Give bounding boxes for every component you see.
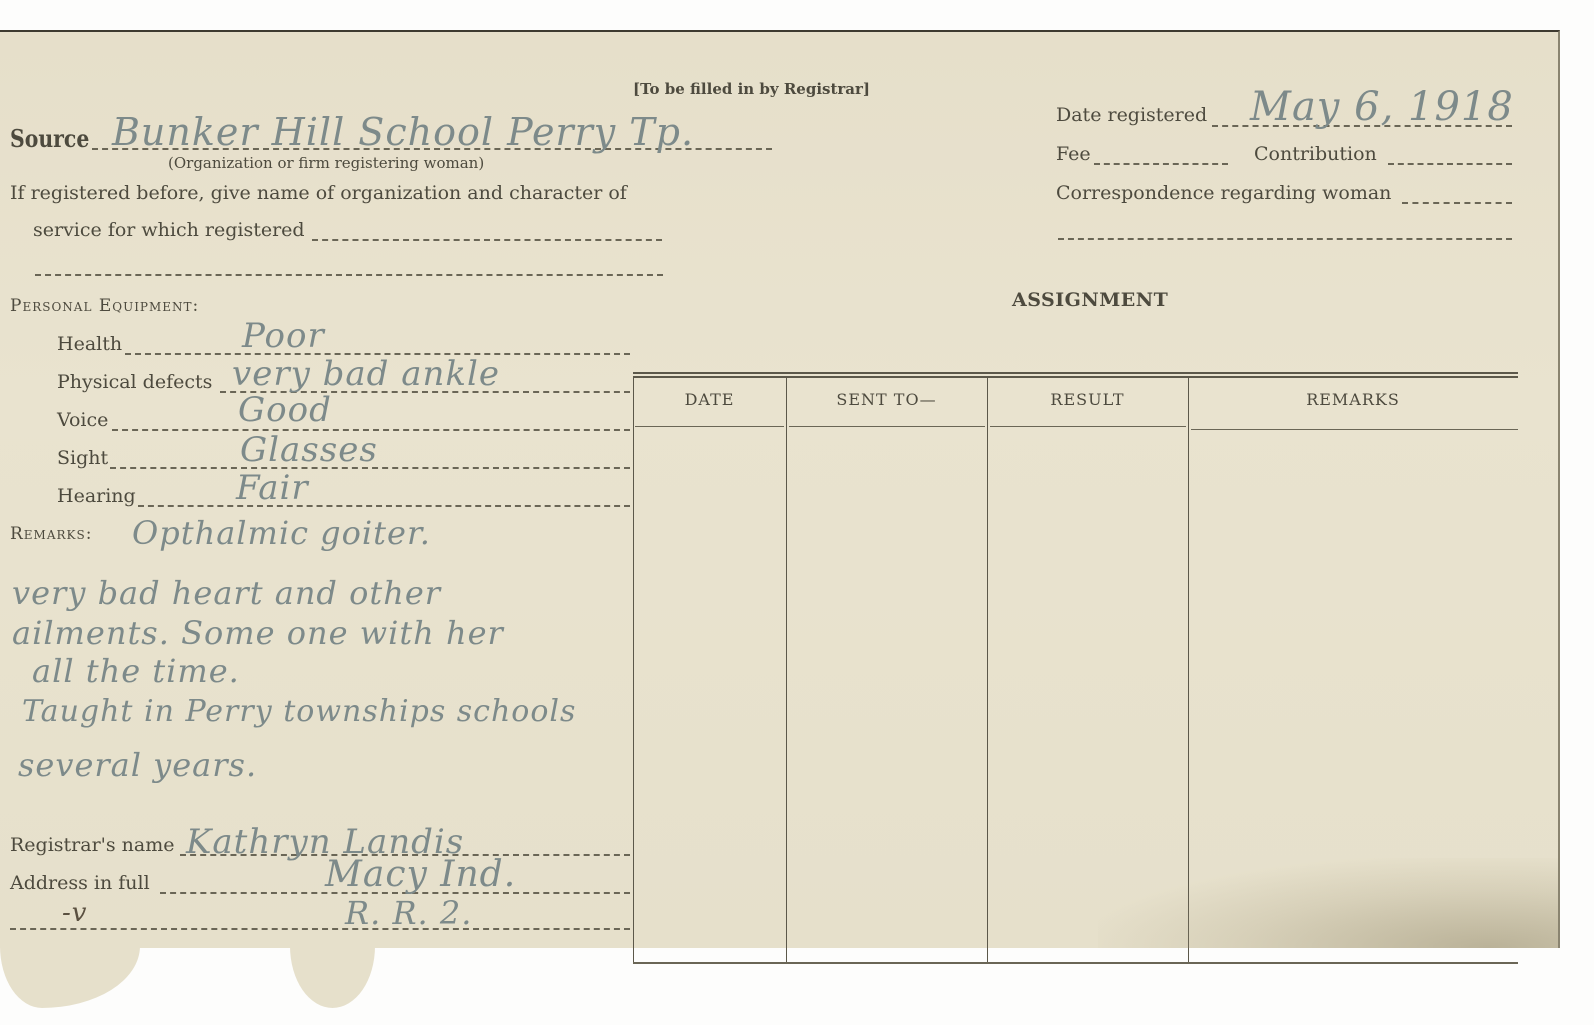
assignment-table: DATE SENT TO— RESULT REMARKS — [633, 372, 1518, 964]
col-header-date: DATE — [633, 390, 786, 409]
registered-before-field[interactable] — [312, 239, 662, 241]
col-divider — [633, 378, 634, 964]
contribution-field[interactable] — [1388, 163, 1512, 165]
col-divider — [987, 378, 988, 964]
remarks-line-1[interactable]: Opthalmic goiter. — [132, 514, 431, 552]
sight-label: Sight — [57, 447, 108, 469]
correspondence-field[interactable] — [1402, 202, 1512, 204]
table-bottom-rule — [633, 962, 1518, 964]
hearing-line — [138, 505, 630, 507]
card-tab-middle — [290, 946, 375, 1008]
sight-value[interactable]: Glasses — [240, 430, 378, 470]
registered-before-field-2[interactable] — [35, 274, 663, 276]
remarks-label: Remarks: — [10, 524, 92, 544]
address-line-2 — [10, 928, 630, 930]
col-header-remarks: REMARKS — [1188, 390, 1518, 409]
hearing-value[interactable]: Fair — [236, 468, 309, 508]
source-label: Source — [10, 124, 89, 153]
voice-label: Voice — [57, 409, 108, 431]
registered-before-line2: service for which registered — [33, 219, 305, 241]
physical-defects-label: Physical defects — [57, 371, 212, 393]
correspondence-label: Correspondence regarding woman — [1056, 182, 1391, 204]
source-caption: (Organization or firm registering woman) — [168, 154, 484, 172]
col-divider — [1188, 378, 1189, 964]
address-label: Address in full — [10, 872, 150, 894]
header-rule — [789, 426, 985, 427]
col-header-result: RESULT — [987, 390, 1188, 409]
header-rule — [1191, 429, 1518, 430]
physical-defects-value[interactable]: very bad ankle — [232, 354, 500, 394]
remarks-line-2[interactable]: very bad heart and other — [12, 574, 441, 612]
header-rule — [990, 426, 1186, 427]
registrar-note: [To be filled in by Registrar] — [633, 80, 870, 98]
col-divider — [786, 378, 787, 964]
hearing-label: Hearing — [57, 485, 136, 507]
card-tab-left — [0, 946, 140, 1008]
fee-field[interactable] — [1094, 163, 1228, 165]
voice-value[interactable]: Good — [238, 390, 332, 430]
assignment-title: ASSIGNMENT — [1012, 289, 1168, 311]
registrar-name-label: Registrar's name — [10, 834, 175, 856]
remarks-line-3[interactable]: ailments. Some one with her — [12, 614, 504, 652]
health-value[interactable]: Poor — [242, 316, 325, 356]
correspondence-field-2[interactable] — [1058, 238, 1512, 240]
source-value[interactable]: Bunker Hill School Perry Tp. — [112, 110, 694, 154]
date-registered-value[interactable]: May 6, 1918 — [1250, 84, 1514, 130]
header-rule — [635, 426, 784, 427]
registered-before-line1: If registered before, give name of organ… — [10, 182, 627, 204]
health-label: Health — [57, 333, 122, 355]
registration-card: [To be filled in by Registrar] Source Bu… — [0, 30, 1560, 948]
address-mark: -v — [62, 898, 87, 928]
address-value-2[interactable]: R. R. 2. — [345, 894, 472, 932]
remarks-line-4[interactable]: all the time. — [32, 652, 240, 690]
col-header-sent-to: SENT TO— — [786, 390, 987, 409]
table-top-rule — [633, 372, 1518, 378]
remarks-line-5[interactable]: Taught in Perry townships schools — [22, 694, 576, 729]
date-registered-label: Date registered — [1056, 104, 1207, 126]
address-value-1[interactable]: Macy Ind. — [325, 854, 516, 895]
remarks-line-6[interactable]: several years. — [18, 746, 257, 784]
personal-equipment-heading: Personal Equipment: — [10, 296, 199, 316]
fee-label: Fee — [1056, 143, 1091, 165]
contribution-label: Contribution — [1254, 143, 1377, 165]
